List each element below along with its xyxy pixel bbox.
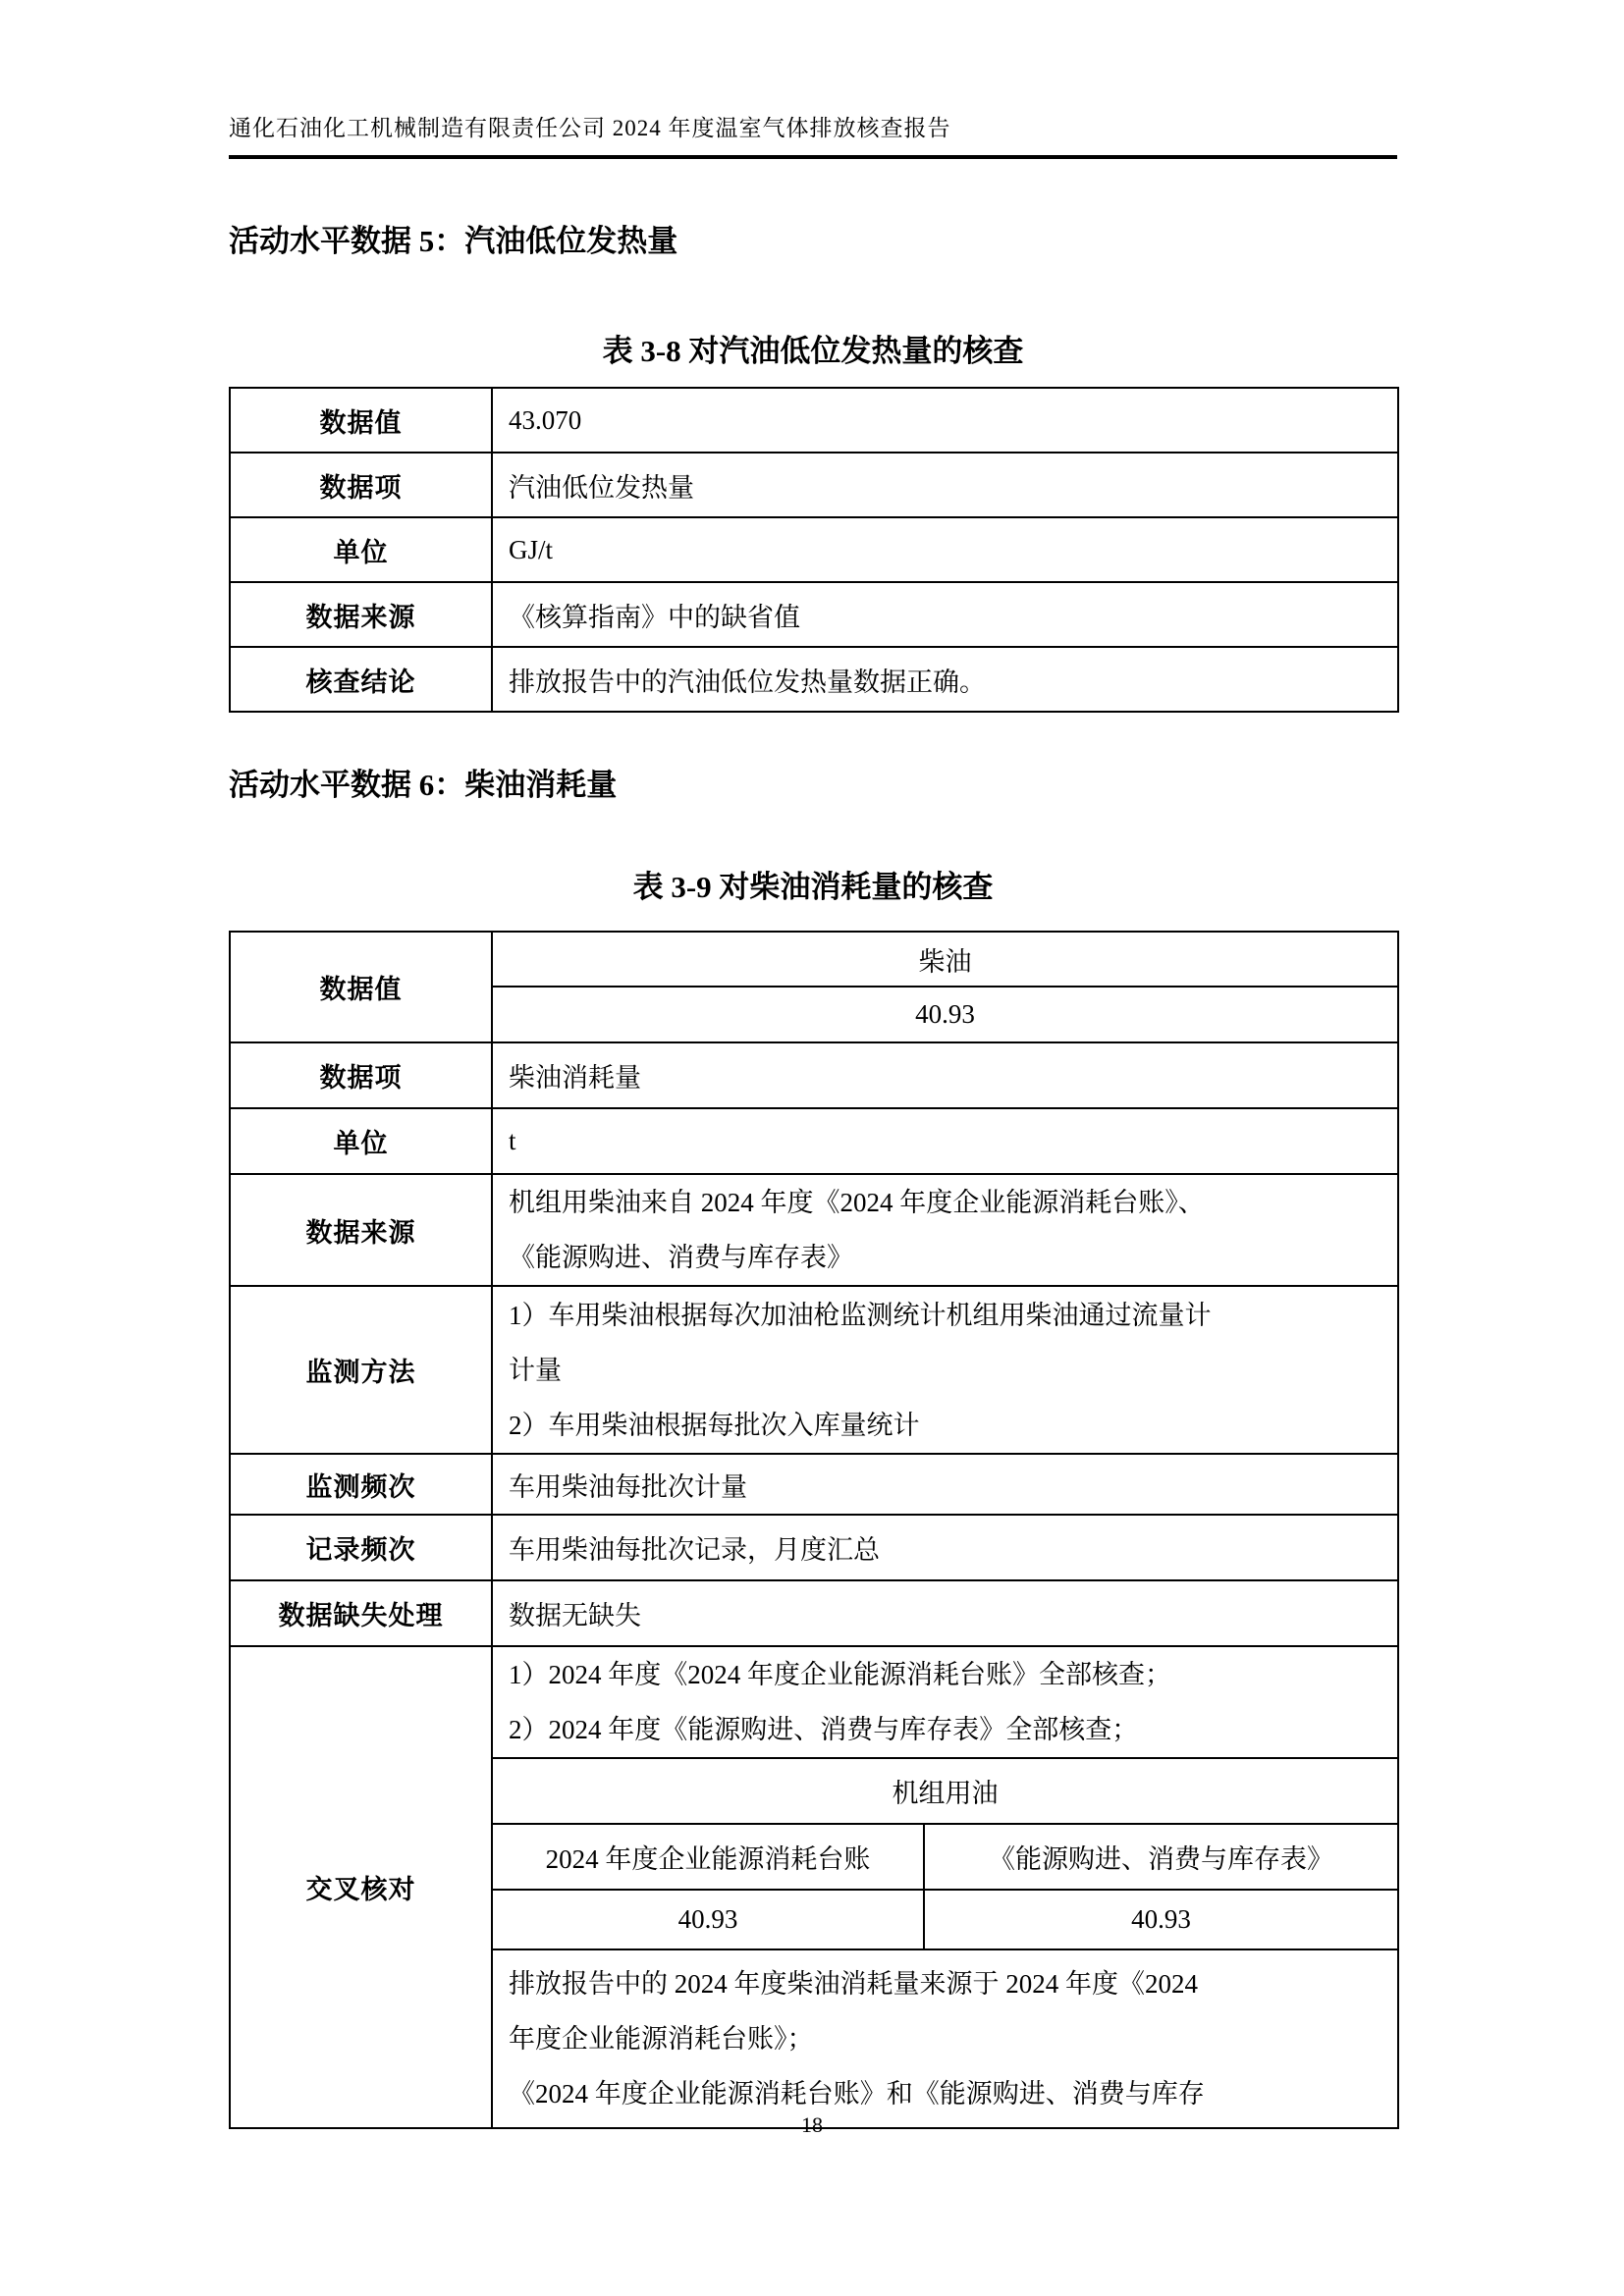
- page-number: 18: [0, 2112, 1624, 2138]
- monitoring-method-line-2: 计量: [509, 1343, 1387, 1398]
- row-label-data-value: 数据值: [230, 388, 492, 453]
- table-row: 监测方法 1）车用柴油根据每次加油枪监测统计机组用柴油通过流量计 计量 2）车用…: [230, 1286, 1398, 1454]
- data-source-line-2: 《能源购进、消费与库存表》: [509, 1230, 1387, 1285]
- cross-check-scope-line-2: 2）2024 年度《能源购进、消费与库存表》全部核查；: [509, 1702, 1387, 1757]
- row-value-unit: t: [492, 1108, 1398, 1174]
- table-row: 数据来源 机组用柴油来自 2024 年度《2024 年度企业能源消耗台账》、 《…: [230, 1174, 1398, 1286]
- table-3-9: 数据值 柴油 40.93 数据项 柴油消耗量 单位 t 数据来源 机组用柴油来自…: [229, 931, 1399, 2129]
- table-row: 数据缺失处理 数据无缺失: [230, 1580, 1398, 1646]
- row-label-monitoring-method: 监测方法: [230, 1286, 492, 1454]
- table-3-9-caption: 表 3-9 对柴油消耗量的核查: [229, 866, 1397, 909]
- row-label-record-frequency: 记录频次: [230, 1515, 492, 1580]
- table-row: 监测频次 车用柴油每批次计量: [230, 1454, 1398, 1515]
- table-row: 交叉核对 1）2024 年度《2024 年度企业能源消耗台账》全部核查； 2）2…: [230, 1646, 1398, 1758]
- cross-check-conclusion-line-1: 排放报告中的 2024 年度柴油消耗量来源于 2024 年度《2024: [509, 1956, 1387, 2011]
- table-row: 数据项 柴油消耗量: [230, 1042, 1398, 1108]
- row-value-record-frequency: 车用柴油每批次记录，月度汇总: [492, 1515, 1398, 1580]
- section-heading-activity-data-6: 活动水平数据 6：柴油消耗量: [229, 766, 1397, 805]
- row-label-unit: 单位: [230, 1108, 492, 1174]
- row-value-data-source: 《核算指南》中的缺省值: [492, 582, 1398, 647]
- row-label-data-value: 数据值: [230, 932, 492, 1042]
- data-value-fuel-type: 柴油: [492, 932, 1398, 987]
- row-label-data-item: 数据项: [230, 453, 492, 517]
- row-value-monitoring-method: 1）车用柴油根据每次加油枪监测统计机组用柴油通过流量计 计量 2）车用柴油根据每…: [492, 1286, 1398, 1454]
- row-value-data-item: 柴油消耗量: [492, 1042, 1398, 1108]
- data-source-line-1: 机组用柴油来自 2024 年度《2024 年度企业能源消耗台账》、: [509, 1175, 1387, 1230]
- row-label-data-item: 数据项: [230, 1042, 492, 1108]
- row-label-monitoring-frequency: 监测频次: [230, 1454, 492, 1515]
- row-value-monitoring-frequency: 车用柴油每批次计量: [492, 1454, 1398, 1515]
- row-value-data-source: 机组用柴油来自 2024 年度《2024 年度企业能源消耗台账》、 《能源购进、…: [492, 1174, 1398, 1286]
- row-label-verification-conclusion: 核查结论: [230, 647, 492, 712]
- cross-check-scope: 1）2024 年度《2024 年度企业能源消耗台账》全部核查； 2）2024 年…: [492, 1646, 1398, 1758]
- cross-check-scope-line-1: 1）2024 年度《2024 年度企业能源消耗台账》全部核查；: [509, 1647, 1387, 1702]
- cross-check-conclusion-line-2: 年度企业能源消耗台账》；: [509, 2011, 1387, 2066]
- cross-check-value-inventory: 40.93: [924, 1890, 1398, 1949]
- cross-check-subheader-unit-oil: 机组用油: [492, 1758, 1398, 1824]
- report-header-title: 通化石油化工机械制造有限责任公司 2024 年度温室气体排放核查报告: [229, 114, 1397, 159]
- row-label-cross-check: 交叉核对: [230, 1646, 492, 2128]
- cross-check-conclusion: 排放报告中的 2024 年度柴油消耗量来源于 2024 年度《2024 年度企业…: [492, 1949, 1398, 2128]
- cross-check-value-ledger: 40.93: [492, 1890, 924, 1949]
- row-label-unit: 单位: [230, 517, 492, 582]
- row-value-data-value: 43.070: [492, 388, 1398, 453]
- table-3-8-caption: 表 3-8 对汽油低位发热量的核查: [229, 330, 1397, 373]
- row-value-missing-data-handling: 数据无缺失: [492, 1580, 1398, 1646]
- table-row: 数据项 汽油低位发热量: [230, 453, 1398, 517]
- row-value-unit: GJ/t: [492, 517, 1398, 582]
- table-row: 记录频次 车用柴油每批次记录，月度汇总: [230, 1515, 1398, 1580]
- cross-check-column-header-inventory: 《能源购进、消费与库存表》: [924, 1824, 1398, 1890]
- row-value-verification-conclusion: 排放报告中的汽油低位发热量数据正确。: [492, 647, 1398, 712]
- page-content: 通化石油化工机械制造有限责任公司 2024 年度温室气体排放核查报告 活动水平数…: [229, 0, 1397, 2129]
- document-page: { "page": { "header": "通化石油化工机械制造有限责任公司 …: [0, 0, 1624, 2296]
- section-heading-activity-data-5: 活动水平数据 5：汽油低位发热量: [229, 222, 1397, 261]
- table-row: 核查结论 排放报告中的汽油低位发热量数据正确。: [230, 647, 1398, 712]
- data-value-amount: 40.93: [492, 987, 1398, 1042]
- table-row: 数据来源 《核算指南》中的缺省值: [230, 582, 1398, 647]
- table-row: 数据值 43.070: [230, 388, 1398, 453]
- row-label-data-source: 数据来源: [230, 582, 492, 647]
- table-row: 单位 t: [230, 1108, 1398, 1174]
- monitoring-method-line-1: 1）车用柴油根据每次加油枪监测统计机组用柴油通过流量计: [509, 1288, 1387, 1343]
- table-row: 单位 GJ/t: [230, 517, 1398, 582]
- table-3-8: 数据值 43.070 数据项 汽油低位发热量 单位 GJ/t 数据来源 《核算指…: [229, 387, 1399, 713]
- cross-check-column-header-ledger: 2024 年度企业能源消耗台账: [492, 1824, 924, 1890]
- row-label-missing-data-handling: 数据缺失处理: [230, 1580, 492, 1646]
- table-row: 数据值 柴油: [230, 932, 1398, 987]
- row-value-data-item: 汽油低位发热量: [492, 453, 1398, 517]
- row-label-data-source: 数据来源: [230, 1174, 492, 1286]
- monitoring-method-line-3: 2）车用柴油根据每批次入库量统计: [509, 1398, 1387, 1453]
